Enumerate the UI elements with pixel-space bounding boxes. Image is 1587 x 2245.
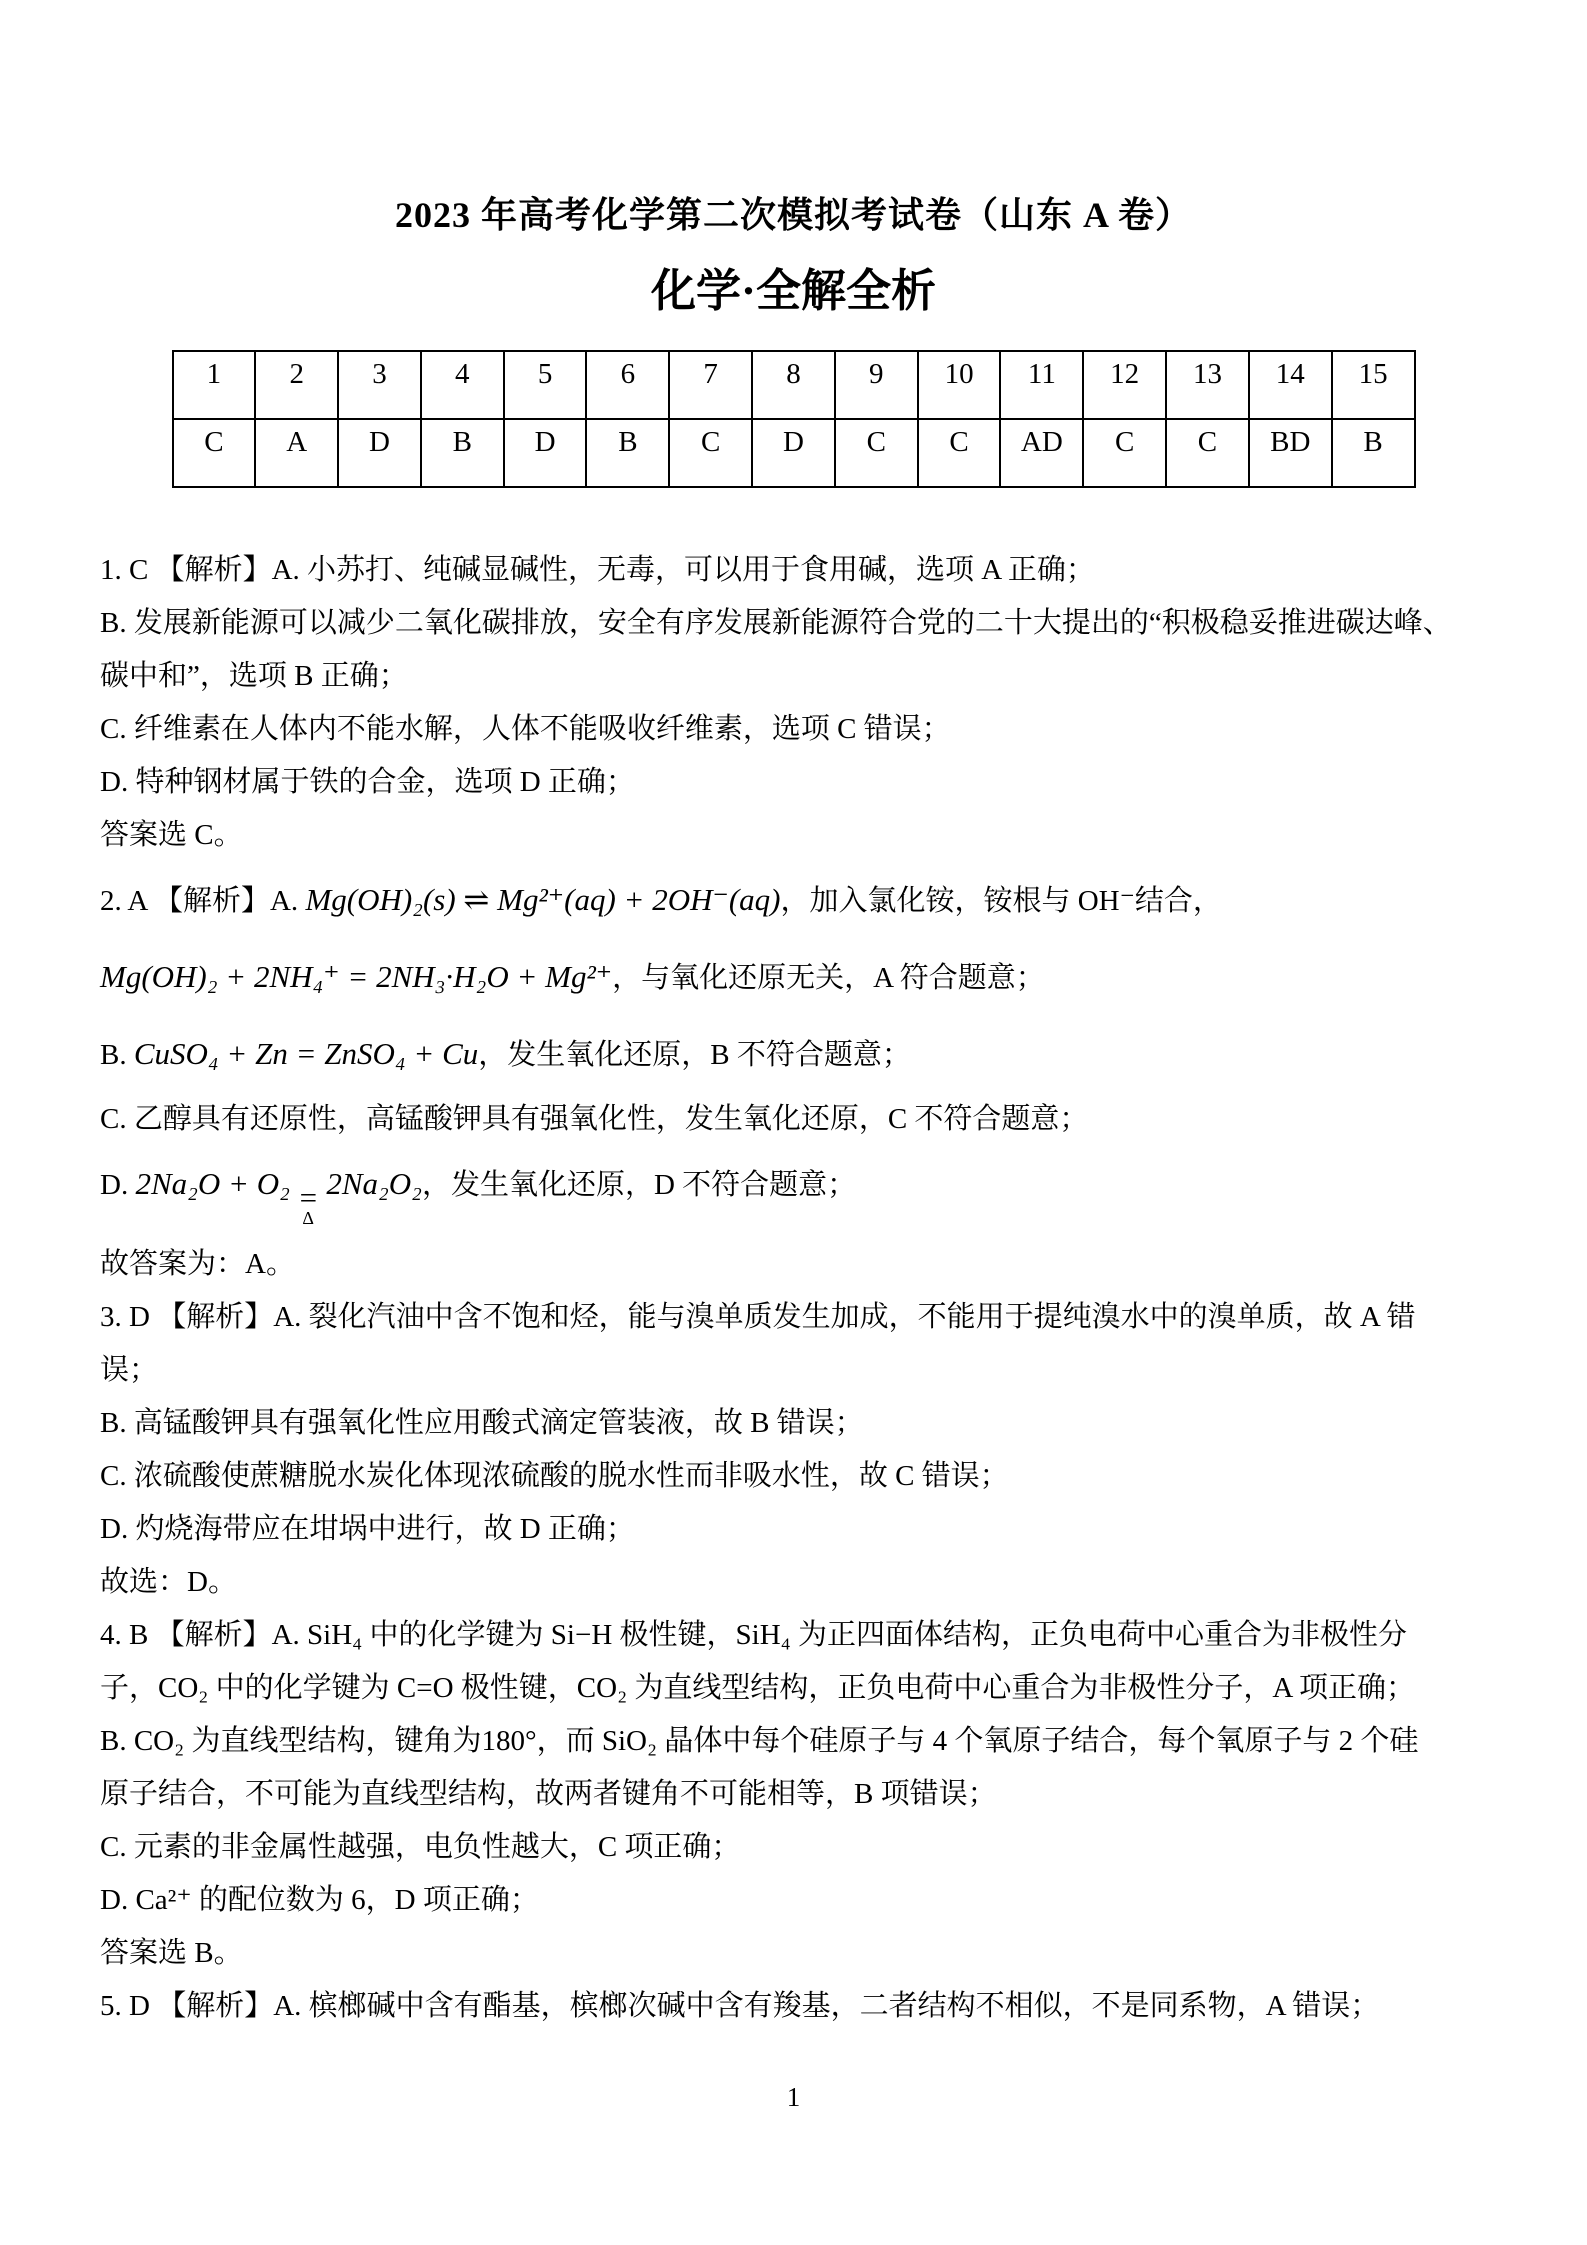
text-run: D. xyxy=(100,1169,135,1201)
question-number-cell: 8 xyxy=(752,351,835,419)
question-number-cell: 12 xyxy=(1083,351,1166,419)
text-run: 误； xyxy=(100,1354,158,1386)
text-run: C. 元素的非金属性越强，电负性越大，C 项正确； xyxy=(100,1831,740,1863)
answer-cell: AD xyxy=(1000,419,1083,487)
answer-cell: C xyxy=(669,419,752,487)
text-run: B. CO₂ 为直线型结构，键角为180°，而 SiO₂ 晶体中每个硅原子与 4… xyxy=(100,1725,1418,1757)
text-run: 答案选 B。 xyxy=(100,1937,243,1969)
explanation-line: 3. D 【解析】A. 裂化汽油中含不饱和烃，能与溴单质发生加成，不能用于提纯溴… xyxy=(100,1291,1492,1344)
explanation-line: 碳中和”，选项 B 正确； xyxy=(100,650,1492,703)
explanation-line: D. Ca²⁺ 的配位数为 6，D 项正确； xyxy=(100,1874,1492,1927)
chemical-equation: Mg(OH)₂ + 2NH₄⁺ = 2NH₃·H₂O + Mg²⁺ xyxy=(100,959,612,994)
answer-cell: C xyxy=(1083,419,1166,487)
text-run: 原子结合，不可能为直线型结构，故两者键角不可能相等，B 项错误； xyxy=(100,1778,997,1810)
text-run: ，发生氧化还原，B 不符合题意； xyxy=(478,1039,911,1071)
explanation-line: 误； xyxy=(100,1344,1492,1397)
text-run: B. 高锰酸钾具有强氧化性应用酸式滴定管装液，故 B 错误； xyxy=(100,1407,864,1439)
text-run: C. 纤维素在人体内不能水解，人体不能吸收纤维素，选项 C 错误； xyxy=(100,713,951,745)
explanation-line: B. 高锰酸钾具有强氧化性应用酸式滴定管装液，故 B 错误； xyxy=(100,1397,1492,1450)
chemical-equation: Mg(OH)₂(s) ⇌ Mg²⁺(aq) + 2OH⁻(aq) xyxy=(305,882,780,917)
explanation-line: 子，CO₂ 中的化学键为 C=O 极性键，CO₂ 为直线型结构，正负电荷中心重合… xyxy=(100,1662,1492,1715)
answer-cell: D xyxy=(752,419,835,487)
text-run: 5. D 【解析】A. 槟榔碱中含有酯基，槟榔次碱中含有羧基，二者结构不相似，不… xyxy=(100,1990,1379,2022)
answer-cell: B xyxy=(421,419,504,487)
answer-cell: C xyxy=(918,419,1001,487)
text-run: ，与氧化还原无关，A 符合题意； xyxy=(612,962,1045,994)
answer-cell: A xyxy=(255,419,338,487)
question-number-cell: 3 xyxy=(338,351,421,419)
text-run: C. 浓硫酸使蔗糖脱水炭化体现浓硫酸的脱水性而非吸水性，故 C 错误； xyxy=(100,1460,1009,1492)
heated-equals-sign: =Δ xyxy=(298,1182,319,1227)
text-run: C. 乙醇具有还原性，高锰酸钾具有强氧化性，发生氧化还原，C 不符合题意； xyxy=(100,1103,1088,1135)
chemical-equation: 2Na₂O₂ xyxy=(319,1166,422,1201)
text-run: 碳中和”，选项 B 正确； xyxy=(100,660,408,692)
text-run: D. 灼烧海带应在坩埚中进行，故 D 正确； xyxy=(100,1513,635,1545)
explanation-line: B. CO₂ 为直线型结构，键角为180°，而 SiO₂ 晶体中每个硅原子与 4… xyxy=(100,1715,1492,1768)
explanation-line: 答案选 C。 xyxy=(100,809,1492,862)
answer-table-number-row: 123456789101112131415 xyxy=(173,351,1415,419)
explanation-line: D. 2Na₂O + O₂ =Δ 2Na₂O₂，发生氧化还原，D 不符合题意； xyxy=(100,1146,1492,1238)
explanation-line: 5. D 【解析】A. 槟榔碱中含有酯基，槟榔次碱中含有羧基，二者结构不相似，不… xyxy=(100,1980,1492,2033)
text-run: 故答案为：A。 xyxy=(100,1248,295,1280)
text-run: 答案选 C。 xyxy=(100,819,243,851)
explanation-line: D. 特种钢材属于铁的合金，选项 D 正确； xyxy=(100,756,1492,809)
explanation-line: C. 元素的非金属性越强，电负性越大，C 项正确； xyxy=(100,1821,1492,1874)
page-number: 1 xyxy=(0,2082,1587,2113)
explanations: 1. C 【解析】A. 小苏打、纯碱显碱性，无毒，可以用于食用碱，选项 A 正确… xyxy=(100,544,1492,2033)
question-number-cell: 1 xyxy=(173,351,256,419)
answer-cell: BD xyxy=(1249,419,1332,487)
question-number-cell: 15 xyxy=(1332,351,1415,419)
question-number-cell: 6 xyxy=(586,351,669,419)
explanation-line: 2. A 【解析】A. Mg(OH)₂(s) ⇌ Mg²⁺(aq) + 2OH⁻… xyxy=(100,862,1492,939)
explanation-line: C. 纤维素在人体内不能水解，人体不能吸收纤维素，选项 C 错误； xyxy=(100,703,1492,756)
answer-cell: B xyxy=(1332,419,1415,487)
question-number-cell: 2 xyxy=(255,351,338,419)
text-run: B. 发展新能源可以减少二氧化碳排放，安全有序发展新能源符合党的二十大提出的“积… xyxy=(100,607,1452,639)
text-run: 1. C 【解析】A. 小苏打、纯碱显碱性，无毒，可以用于食用碱，选项 A 正确… xyxy=(100,554,1095,586)
text-run: B. xyxy=(100,1039,134,1071)
question-number-cell: 11 xyxy=(1000,351,1083,419)
answer-cell: D xyxy=(338,419,421,487)
text-run: 2. A 【解析】A. xyxy=(100,885,305,917)
explanation-line: 原子结合，不可能为直线型结构，故两者键角不可能相等，B 项错误； xyxy=(100,1768,1492,1821)
text-run: D. 特种钢材属于铁的合金，选项 D 正确； xyxy=(100,766,635,798)
explanation-line: B. 发展新能源可以减少二氧化碳排放，安全有序发展新能源符合党的二十大提出的“积… xyxy=(100,597,1492,650)
text-run: ，加入氯化铵，铵根与 OH⁻结合， xyxy=(780,885,1221,917)
answer-table: 123456789101112131415 CADBDBCDCCADCCBDB xyxy=(172,350,1416,488)
explanation-line: C. 乙醇具有还原性，高锰酸钾具有强氧化性，发生氧化还原，C 不符合题意； xyxy=(100,1093,1492,1146)
chemical-equation: 2Na₂O + O₂ xyxy=(135,1166,297,1201)
explanation-line: 故选：D。 xyxy=(100,1556,1492,1609)
text-run: 故选：D。 xyxy=(100,1566,237,1598)
answer-cell: C xyxy=(835,419,918,487)
text-run: 4. B 【解析】A. SiH₄ 中的化学键为 Si−H 极性键，SiH₄ 为正… xyxy=(100,1619,1407,1651)
chemical-equation: CuSO₄ + Zn = ZnSO₄ + Cu xyxy=(134,1036,478,1071)
explanation-line: 答案选 B。 xyxy=(100,1927,1492,1980)
document-title: 2023 年高考化学第二次模拟考试卷（山东 A 卷） xyxy=(0,0,1587,238)
text-run: ，发生氧化还原，D 不符合题意； xyxy=(422,1169,856,1201)
text-run: 3. D 【解析】A. 裂化汽油中含不饱和烃，能与溴单质发生加成，不能用于提纯溴… xyxy=(100,1301,1415,1333)
answer-cell: C xyxy=(1166,419,1249,487)
question-number-cell: 13 xyxy=(1166,351,1249,419)
question-number-cell: 14 xyxy=(1249,351,1332,419)
explanation-line: 故答案为：A。 xyxy=(100,1238,1492,1291)
text-run: D. Ca²⁺ 的配位数为 6，D 项正确； xyxy=(100,1884,539,1916)
question-number-cell: 10 xyxy=(918,351,1001,419)
question-number-cell: 5 xyxy=(504,351,587,419)
explanation-line: 1. C 【解析】A. 小苏打、纯碱显碱性，无毒，可以用于食用碱，选项 A 正确… xyxy=(100,544,1492,597)
explanation-line: Mg(OH)₂ + 2NH₄⁺ = 2NH₃·H₂O + Mg²⁺，与氧化还原无… xyxy=(100,939,1492,1016)
answer-table-answer-row: CADBDBCDCCADCCBDB xyxy=(173,419,1415,487)
document-page: 2023 年高考化学第二次模拟考试卷（山东 A 卷） 化学·全解全析 12345… xyxy=(0,0,1587,2245)
text-run: 子，CO₂ 中的化学键为 C=O 极性键，CO₂ 为直线型结构，正负电荷中心重合… xyxy=(100,1672,1415,1704)
explanation-line: 4. B 【解析】A. SiH₄ 中的化学键为 Si−H 极性键，SiH₄ 为正… xyxy=(100,1609,1492,1662)
question-number-cell: 4 xyxy=(421,351,504,419)
question-number-cell: 9 xyxy=(835,351,918,419)
explanation-line: D. 灼烧海带应在坩埚中进行，故 D 正确； xyxy=(100,1503,1492,1556)
answer-cell: C xyxy=(173,419,256,487)
explanation-line: C. 浓硫酸使蔗糖脱水炭化体现浓硫酸的脱水性而非吸水性，故 C 错误； xyxy=(100,1450,1492,1503)
question-number-cell: 7 xyxy=(669,351,752,419)
document-subtitle: 化学·全解全析 xyxy=(0,264,1587,318)
explanation-line: B. CuSO₄ + Zn = ZnSO₄ + Cu，发生氧化还原，B 不符合题… xyxy=(100,1016,1492,1093)
answer-cell: B xyxy=(586,419,669,487)
answer-cell: D xyxy=(504,419,587,487)
